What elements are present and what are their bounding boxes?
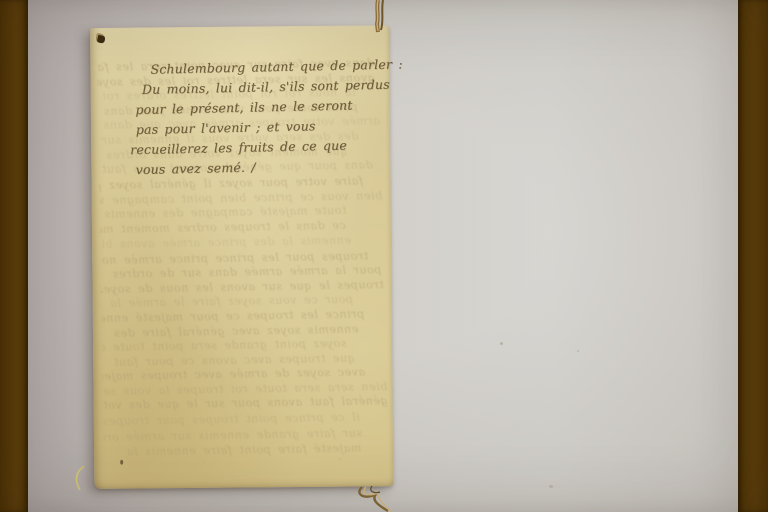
ink-speck bbox=[120, 460, 123, 465]
dust-speck bbox=[577, 350, 579, 352]
right-frame-bar bbox=[738, 0, 768, 512]
ink-blot bbox=[95, 33, 106, 44]
dust-speck bbox=[500, 342, 503, 345]
manuscript-page: dans avec faire sur avec point sera les … bbox=[90, 25, 393, 489]
dust-speck bbox=[549, 485, 553, 488]
stray-fiber-icon bbox=[68, 462, 92, 496]
manuscript-text-block: Schulembourg autant que de parler : Du m… bbox=[90, 55, 391, 181]
left-frame-bar bbox=[0, 0, 28, 512]
binding-thread-bottom-icon bbox=[350, 483, 398, 512]
manuscript-photograph: dans avec faire sur avec point sera les … bbox=[0, 0, 768, 512]
